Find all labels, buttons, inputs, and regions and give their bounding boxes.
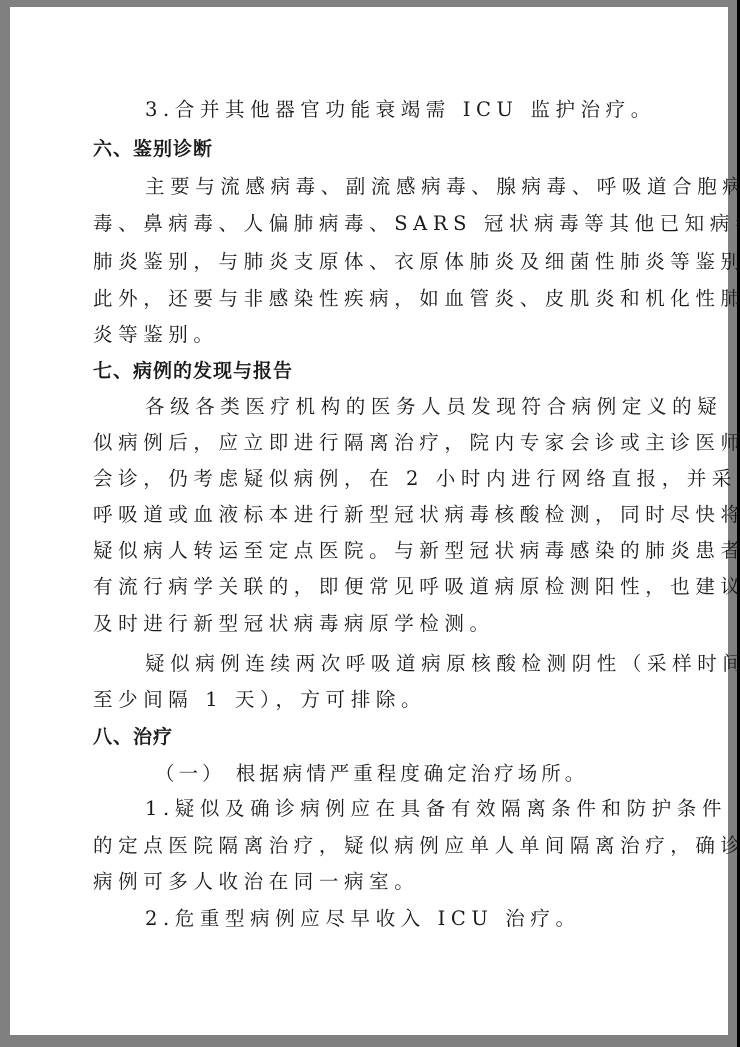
paragraph-line: 此外，还要与非感染性疾病，如血管炎、皮肌炎和机化性肺 bbox=[93, 287, 633, 311]
paragraph-line: 及时进行新型冠状病毒病原学检测。 bbox=[93, 612, 633, 636]
paragraph-line: 疑似病人转运至定点医院。与新型冠状病毒感染的肺炎患者 bbox=[93, 539, 633, 563]
paragraph-line: 呼吸道或血液标本进行新型冠状病毒核酸检测，同时尽快将 bbox=[93, 503, 633, 527]
paragraph-line: 的定点医院隔离治疗，疑似病例应单人单间隔离治疗，确诊 bbox=[93, 834, 633, 858]
paragraph-line: 毒、鼻病毒、人偏肺病毒、SARS 冠状病毒等其他已知病毒性 bbox=[93, 212, 633, 236]
paragraph-line: 至少间隔 1 天），方可排除。 bbox=[93, 688, 633, 712]
paragraph-line: 炎等鉴别。 bbox=[93, 323, 633, 347]
paragraph-line: 2.危重型病例应尽早收入 ICU 治疗。 bbox=[145, 907, 685, 931]
section-heading: 八、治疗 bbox=[93, 725, 633, 749]
paragraph-line: 似病例后，应立即进行隔离治疗，院内专家会诊或主诊医师 bbox=[93, 431, 633, 455]
section-heading: 七、病例的发现与报告 bbox=[93, 359, 633, 383]
section-heading: 六、鉴别诊断 bbox=[93, 137, 633, 161]
paragraph-line: 有流行病学关联的，即便常见呼吸道病原检测阳性，也建议 bbox=[93, 575, 633, 599]
paragraph-line: 1.疑似及确诊病例应在具备有效隔离条件和防护条件 bbox=[145, 797, 685, 821]
paragraph-line: 主要与流感病毒、副流感病毒、腺病毒、呼吸道合胞病 bbox=[145, 175, 685, 199]
paragraph-line: 肺炎鉴别，与肺炎支原体、衣原体肺炎及细菌性肺炎等鉴别。 bbox=[93, 250, 633, 274]
paragraph-line: 疑似病例连续两次呼吸道病原核酸检测阴性（采样时间 bbox=[145, 652, 685, 676]
document-page: 3.合并其他器官功能衰竭需 ICU 监护治疗。 六、鉴别诊断 主要与流感病毒、副… bbox=[10, 7, 728, 1035]
paragraph-line: 病例可多人收治在同一病室。 bbox=[93, 870, 633, 894]
paragraph-line: 各级各类医疗机构的医务人员发现符合病例定义的疑 bbox=[145, 395, 685, 419]
paragraph-line: 会诊，仍考虑疑似病例，在 2 小时内进行网络直报，并采集 bbox=[93, 467, 633, 491]
subsection-heading: （一） 根据病情严重程度确定治疗场所。 bbox=[155, 762, 695, 786]
paragraph-line: 3.合并其他器官功能衰竭需 ICU 监护治疗。 bbox=[145, 98, 685, 122]
